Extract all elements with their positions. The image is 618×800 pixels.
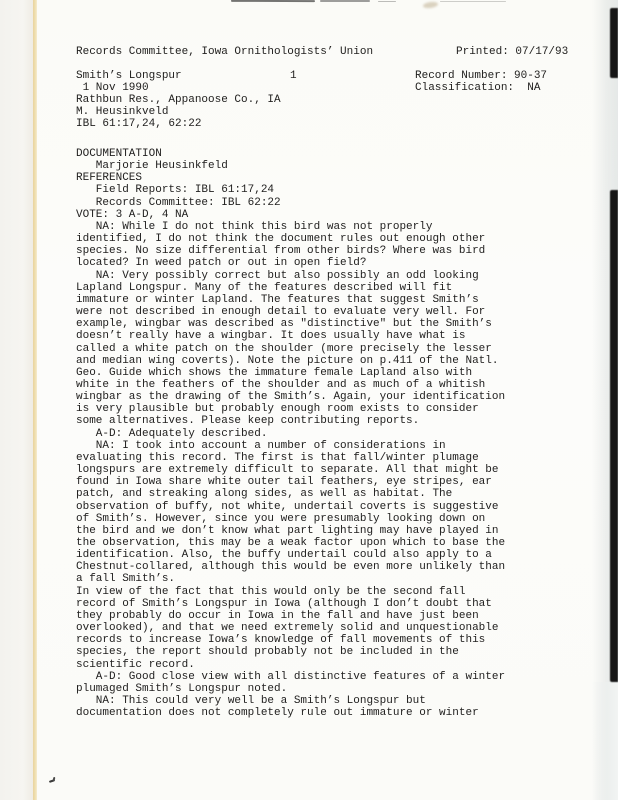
scan-artifact-bar-main xyxy=(610,190,618,682)
species-name: Smith’s Longspur xyxy=(76,70,182,82)
scan-top-streak xyxy=(320,0,370,2)
scan-left-margin xyxy=(0,0,33,800)
ibl-reference: IBL 61:17,24, 62:22 xyxy=(76,118,201,130)
printed-date: Printed: 07/17/93 xyxy=(456,46,568,58)
scan-right-shading-bottom xyxy=(592,682,618,800)
record-number: Record Number: 90-37 xyxy=(415,70,547,82)
scanned-document-page: Records Committee, Iowa Ornithologists’ … xyxy=(0,0,618,800)
page-edge-line xyxy=(33,0,37,800)
scan-top-streak xyxy=(378,1,396,2)
classification: Classification: NA xyxy=(415,82,540,94)
committee-title: Records Committee, Iowa Ornithologists’ … xyxy=(76,46,373,58)
scan-artifact-bar-top xyxy=(610,8,618,78)
observation-location: Rathbun Res., Appanoose Co., IA xyxy=(76,94,281,106)
scan-smudge xyxy=(423,1,439,9)
page-number: 1 xyxy=(290,70,297,82)
observation-date: 1 Nov 1990 xyxy=(76,82,149,94)
scan-top-streak xyxy=(440,1,506,2)
observer-name: M. Heusinkveld xyxy=(76,106,168,118)
scan-top-streak xyxy=(231,0,315,2)
document-body-text: DOCUMENTATION Marjorie Heusinkfeld REFER… xyxy=(76,148,505,719)
